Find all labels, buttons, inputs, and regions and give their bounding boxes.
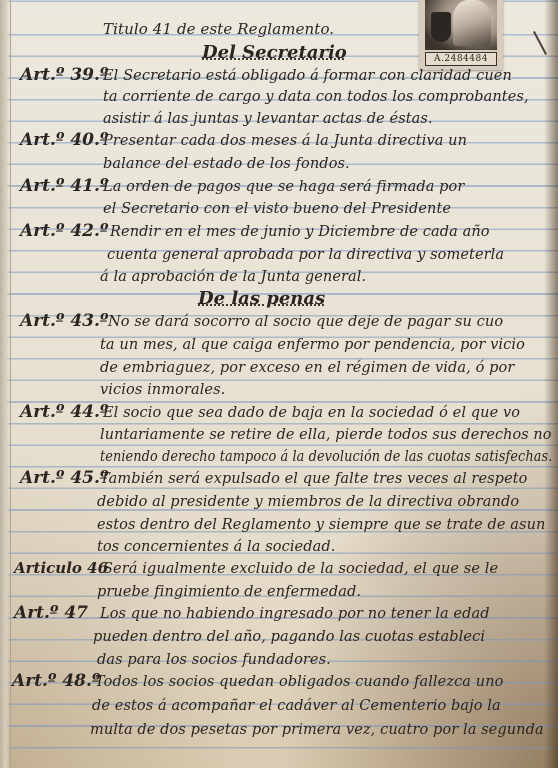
article-line: Los que no habiendo ingresado por no ten… [100, 605, 490, 623]
article-label: Art.º 48.º [12, 672, 100, 690]
article-label: Art.º 44.º [20, 403, 108, 421]
article-line: estos dentro del Reglamento y siempre qu… [97, 516, 545, 534]
article-line: teniendo derecho tampoco á la devolución… [100, 448, 552, 466]
article-line: El socio que sea dado de baja en la soci… [103, 404, 520, 422]
article-line: Será igualmente excluido de la sociedad,… [103, 560, 498, 578]
article-line: el Secretario con el visto bueno del Pre… [103, 200, 451, 218]
article-line: Todos los socios quedan obligados cuando… [95, 673, 503, 691]
article-line: vicios inmorales. [100, 381, 225, 399]
article-line: ta un mes, al que caiga enfermo por pend… [100, 336, 525, 354]
article-line: de embriaguez, por exceso en el régimen … [100, 359, 514, 377]
article-line: das para los socios fundadores. [97, 651, 331, 669]
article-line: El Secretario está obligado á formar con… [103, 67, 512, 85]
article-label: Art.º 45.º [20, 469, 108, 487]
section-heading-penas: De las penas [198, 289, 325, 309]
article-line: También será expulsado el que falte tres… [100, 470, 528, 488]
article-line: tos concernientes á la sociedad. [97, 538, 335, 556]
article-line: debido al presidente y miembros de la di… [97, 493, 519, 511]
article-label: Art.º 40.º [20, 131, 108, 149]
handwritten-text: Titulo 41 de este Reglamento. Del Secret… [0, 0, 558, 768]
article-line: Presentar cada dos meses á la Junta dire… [103, 132, 467, 150]
article-label: Articulo 46 [14, 559, 108, 577]
article-line: á la aprobación de la Junta general. [100, 268, 366, 286]
article-line: pueden dentro del año, pagando las cuota… [93, 628, 485, 646]
article-line: asistir á las juntas y levantar actas de… [103, 110, 433, 128]
article-line: balance del estado de los fondos. [103, 155, 350, 173]
article-label: Art.º 41.º [20, 177, 108, 195]
article-label: Art.º 42.º [20, 222, 108, 240]
article-line: Rendir en el mes de junio y Diciembre de… [110, 223, 490, 241]
article-label: Art.º 39.º [20, 66, 108, 84]
article-line: multa de dos pesetas por primera vez, cu… [90, 721, 544, 739]
article-label: Art.º 43.º [20, 312, 108, 330]
article-line: luntariamente se retire de ella, pierde … [100, 426, 552, 444]
section-heading-secretario: Del Secretario [202, 43, 347, 63]
article-line: La orden de pagos que se haga será firma… [103, 178, 464, 196]
article-line: ta corriente de cargo y data con todos l… [103, 88, 529, 106]
article-line: de estos á acompañar el cadáver al Cemen… [92, 697, 501, 715]
title-line: Titulo 41 de este Reglamento. [103, 20, 334, 38]
ledger-page: A.2484484 Titulo 41 de este Reglamento. … [0, 0, 558, 768]
article-label: Art.º 47 [14, 604, 88, 622]
article-line: No se dará socorro al socio que deje de … [108, 313, 503, 331]
article-line: cuenta general aprobada por la directiva… [107, 246, 504, 264]
article-line: pruebe fingimiento de enfermedad. [97, 583, 361, 601]
